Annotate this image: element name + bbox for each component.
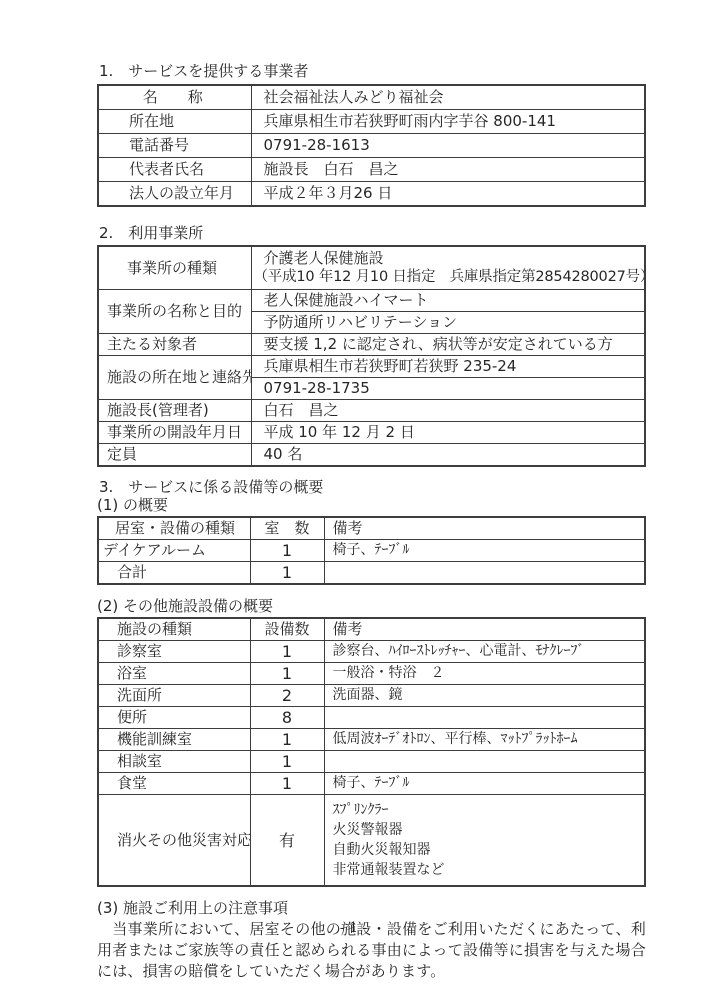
table-row: 事業所の種類 介護老人保健施設 （平成10 年12 月10 日指定 兵庫県指定第… (98, 246, 645, 290)
cell-facility-count: 2 (250, 685, 324, 707)
table-row: 事業所の開設年月日 平成 10 年 12 月 2 日 (98, 422, 645, 444)
cell-facility-count: 1 (250, 751, 324, 773)
table-row: 便所 8 (98, 707, 645, 729)
page-number: - 1 - (0, 920, 707, 936)
field-label-facility-address: 施設の所在地と連絡先 (98, 356, 251, 400)
table-row-fire-safety: 消火その他災害対応 有 ｽﾌﾟﾘﾝｸﾗｰ 火災警報器 自動火災報知器 非常通報装… (98, 795, 645, 887)
subsection-2-heading: (2) その他施設設備の概要 (97, 598, 646, 615)
table-header-row: 居室・設備の種類 室 数 備考 (98, 517, 645, 540)
office-kind-line2: （平成10 年12 月10 日指定 兵庫県指定第2854280027号） (254, 268, 641, 287)
field-value-office-kind: 介護老人保健施設 （平成10 年12 月10 日指定 兵庫県指定第2854280… (251, 246, 645, 290)
provider-table: 名 称 社会福祉法人みどり福祉会 所在地 兵庫県相生市若狭野町雨内字芋谷 800… (97, 84, 646, 207)
cell-fire-safety-note: ｽﾌﾟﾘﾝｸﾗｰ 火災警報器 自動火災報知器 非常通報装置など (324, 795, 645, 887)
table-row: 名 称 社会福祉法人みどり福祉会 (98, 85, 645, 110)
table-row: 所在地 兵庫県相生市若狭野町雨内字芋谷 800-141 (98, 110, 645, 134)
column-header-room-count: 室 数 (250, 517, 324, 540)
cell-room-type: デイケアルーム (98, 540, 250, 562)
field-value-office-name-2: 予防通所リハビリテーション (251, 312, 645, 334)
column-header-facility-count: 設備数 (250, 618, 324, 641)
table-row: 法人の設立年月 平成２年３月26 日 (98, 182, 645, 207)
cell-room-note (324, 562, 645, 585)
subsection-3-heading: (3) 施設ご利用上の注意事項 (97, 900, 646, 917)
cell-facility-type: 相談室 (98, 751, 250, 773)
field-value-established: 平成２年３月26 日 (251, 182, 645, 207)
cell-facility-count: 8 (250, 707, 324, 729)
field-value-facility-address: 兵庫県相生市若狭野町若狭野 235-24 (251, 356, 645, 378)
subsection-1-heading: (1) の概要 (97, 497, 646, 514)
table-row: 定員 40 名 (98, 444, 645, 467)
cell-room-count: 1 (250, 540, 324, 562)
cell-facility-note: 低周波ｵｰﾃﾞｵﾄﾛﾝ、平行棒、ﾏｯﾄﾌﾟﾗｯﾄﾎｰﾑ (324, 729, 645, 751)
table-row: 事業所の名称と目的 老人保健施設ハイマート (98, 290, 645, 312)
cell-facility-count: 1 (250, 663, 324, 685)
cell-facility-count: 1 (250, 641, 324, 663)
cell-facility-type: 洗面所 (98, 685, 250, 707)
table-row: 施設の所在地と連絡先 兵庫県相生市若狭野町若狭野 235-24 (98, 356, 645, 378)
table-row: 主たる対象者 要支援 1,2 に認定され、病状等が安定されている方 (98, 334, 645, 356)
office-table: 事業所の種類 介護老人保健施設 （平成10 年12 月10 日指定 兵庫県指定第… (97, 245, 646, 467)
table-row: 合計 1 (98, 562, 645, 585)
table-row: 診察室 1 診察台、ﾊｲﾛｰｽﾄﾚｯﾁｬｰ、心電計、ﾓﾅｸﾚｰﾌﾞ (98, 641, 645, 663)
field-label-representative: 代表者氏名 (98, 158, 251, 182)
field-label-address: 所在地 (98, 110, 251, 134)
cell-facility-type: 浴室 (98, 663, 250, 685)
section-3-heading: 3. サービスに係る設備等の概要 (99, 478, 646, 496)
cell-facility-type: 食堂 (98, 773, 250, 795)
cell-room-type: 合計 (98, 562, 250, 585)
office-kind-line1: 介護老人保健施設 (254, 249, 641, 268)
table-header-row: 施設の種類 設備数 備考 (98, 618, 645, 641)
field-label-name: 名 称 (98, 85, 251, 110)
column-header-room-note: 備考 (324, 517, 645, 540)
field-label-office-kind: 事業所の種類 (98, 246, 251, 290)
fire-note-line: 自動火災報知器 (333, 840, 641, 860)
cell-facility-count: 1 (250, 773, 324, 795)
field-value-facility-phone: 0791-28-1735 (251, 378, 645, 400)
field-label-manager: 施設長(管理者) (98, 400, 251, 422)
document-page: 1. サービスを提供する事業者 名 称 社会福祉法人みどり福祉会 所在地 兵庫県… (0, 0, 707, 1000)
column-header-facility-type: 施設の種類 (98, 618, 250, 641)
fire-note-line: ｽﾌﾟﾘﾝｸﾗｰ (333, 800, 641, 820)
cell-facility-note (324, 707, 645, 729)
cell-facility-note: 椅子、ﾃｰﾌﾞﾙ (324, 773, 645, 795)
table-row: 洗面所 2 洗面器、鏡 (98, 685, 645, 707)
field-value-capacity: 40 名 (251, 444, 645, 467)
cell-facility-type: 診察室 (98, 641, 250, 663)
cell-facility-note: 一般浴・特浴 ２ (324, 663, 645, 685)
field-label-target-users: 主たる対象者 (98, 334, 251, 356)
cell-facility-count: 1 (250, 729, 324, 751)
section-1-heading: 1. サービスを提供する事業者 (99, 62, 646, 80)
rooms-overview-table: 居室・設備の種類 室 数 備考 デイケアルーム 1 椅子、ﾃｰﾌﾞﾙ 合計 1 (97, 516, 646, 585)
column-header-room-type: 居室・設備の種類 (98, 517, 250, 540)
cell-facility-note (324, 751, 645, 773)
table-row: 相談室 1 (98, 751, 645, 773)
field-value-opened-date: 平成 10 年 12 月 2 日 (251, 422, 645, 444)
other-facilities-table: 施設の種類 設備数 備考 診察室 1 診察台、ﾊｲﾛｰｽﾄﾚｯﾁｬｰ、心電計、ﾓ… (97, 617, 646, 887)
field-value-manager: 白石 昌之 (251, 400, 645, 422)
field-value-address: 兵庫県相生市若狭野町雨内字芋谷 800-141 (251, 110, 645, 134)
field-value-office-name-1: 老人保健施設ハイマート (251, 290, 645, 312)
field-value-representative: 施設長 白石 昌之 (251, 158, 645, 182)
table-row: 機能訓練室 1 低周波ｵｰﾃﾞｵﾄﾛﾝ、平行棒、ﾏｯﾄﾌﾟﾗｯﾄﾎｰﾑ (98, 729, 645, 751)
section-2-heading: 2. 利用事業所 (99, 224, 646, 242)
field-label-opened-date: 事業所の開設年月日 (98, 422, 251, 444)
table-row: 施設長(管理者) 白石 昌之 (98, 400, 645, 422)
table-row: 電話番号 0791-28-1613 (98, 134, 645, 158)
table-row: 浴室 1 一般浴・特浴 ２ (98, 663, 645, 685)
cell-facility-note: 洗面器、鏡 (324, 685, 645, 707)
field-value-phone: 0791-28-1613 (251, 134, 645, 158)
cell-facility-note: 診察台、ﾊｲﾛｰｽﾄﾚｯﾁｬｰ、心電計、ﾓﾅｸﾚｰﾌﾞ (324, 641, 645, 663)
cell-room-count: 1 (250, 562, 324, 585)
field-value-name: 社会福祉法人みどり福祉会 (251, 85, 645, 110)
fire-note-line: 非常通報装置など (333, 860, 641, 880)
field-label-phone: 電話番号 (98, 134, 251, 158)
cell-fire-safety-type: 消火その他災害対応 (98, 795, 250, 887)
cell-facility-type: 便所 (98, 707, 250, 729)
column-header-facility-note: 備考 (324, 618, 645, 641)
cell-fire-safety-count: 有 (250, 795, 324, 887)
field-label-office-name: 事業所の名称と目的 (98, 290, 251, 334)
table-row: デイケアルーム 1 椅子、ﾃｰﾌﾞﾙ (98, 540, 645, 562)
table-row: 食堂 1 椅子、ﾃｰﾌﾞﾙ (98, 773, 645, 795)
fire-note-line: 火災警報器 (333, 820, 641, 840)
cell-room-note: 椅子、ﾃｰﾌﾞﾙ (324, 540, 645, 562)
document-content: 1. サービスを提供する事業者 名 称 社会福祉法人みどり福祉会 所在地 兵庫県… (97, 62, 646, 982)
field-label-capacity: 定員 (98, 444, 251, 467)
field-value-target-users: 要支援 1,2 に認定され、病状等が安定されている方 (251, 334, 645, 356)
cell-facility-type: 機能訓練室 (98, 729, 250, 751)
table-row: 代表者氏名 施設長 白石 昌之 (98, 158, 645, 182)
field-label-established: 法人の設立年月 (98, 182, 251, 207)
